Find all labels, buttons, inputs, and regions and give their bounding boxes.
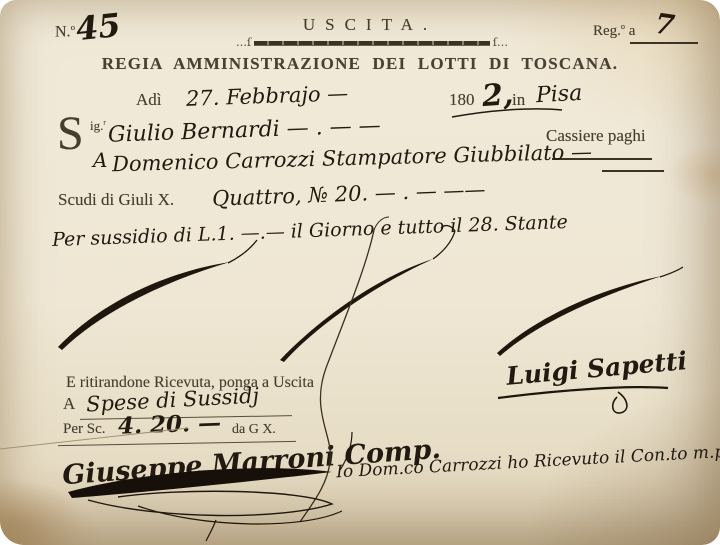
document-title: USCITA. — [235, 15, 505, 35]
payment-reason: Per sussidio di L.1. —.— il Giorno e tut… — [52, 211, 568, 251]
per-amount-value: 4. 20. — — [118, 409, 222, 440]
date-prefix: Adì — [136, 90, 162, 110]
scanned-voucher-document: N.o 45 USCITA. …ſ ſ… Reg.o a 7 REGIA AMM… — [0, 0, 720, 545]
administration-heading: REGIA AMMINISTRAZIONE DEI LOTTI DI TOSCA… — [0, 54, 720, 74]
date-in-label: in — [512, 90, 525, 110]
register-value: 7 — [653, 7, 677, 42]
date-day-month: 27. Febbrajo — — [186, 81, 349, 111]
register-label: Reg.o a — [593, 22, 635, 40]
sig-initial: S — [57, 110, 84, 158]
amount-printed-label: Scudi di Giuli X. — [58, 190, 174, 210]
recipient-to-label: A — [93, 148, 107, 172]
register-blank-line — [630, 42, 698, 44]
date-year-digit: 2, — [481, 77, 515, 114]
recipient-blank-line — [602, 170, 664, 172]
per-label: Per Sc. — [63, 421, 106, 438]
cashier-name: Giulio Bernardi — . — — — [108, 113, 381, 148]
account-label: A — [63, 394, 75, 414]
date-year-printed: 180 — [449, 90, 475, 110]
sig-abbreviation: ig.r — [90, 118, 106, 134]
amount-handwritten: Quattro, № 20. — . — —— — [212, 177, 486, 211]
title-decorative-rule: …ſ ſ… — [236, 39, 508, 51]
document-number-label: N.o — [55, 22, 75, 41]
document-number-value: 45 — [74, 6, 122, 48]
recipient-name: Domenico Carrozzi Stampatore Giubbilato … — [112, 140, 592, 177]
signature-luigi-sapetti: Luigi Sapetti — [505, 346, 688, 391]
date-place: Pisa — [535, 81, 582, 108]
per-suffix: da G X. — [232, 422, 276, 438]
